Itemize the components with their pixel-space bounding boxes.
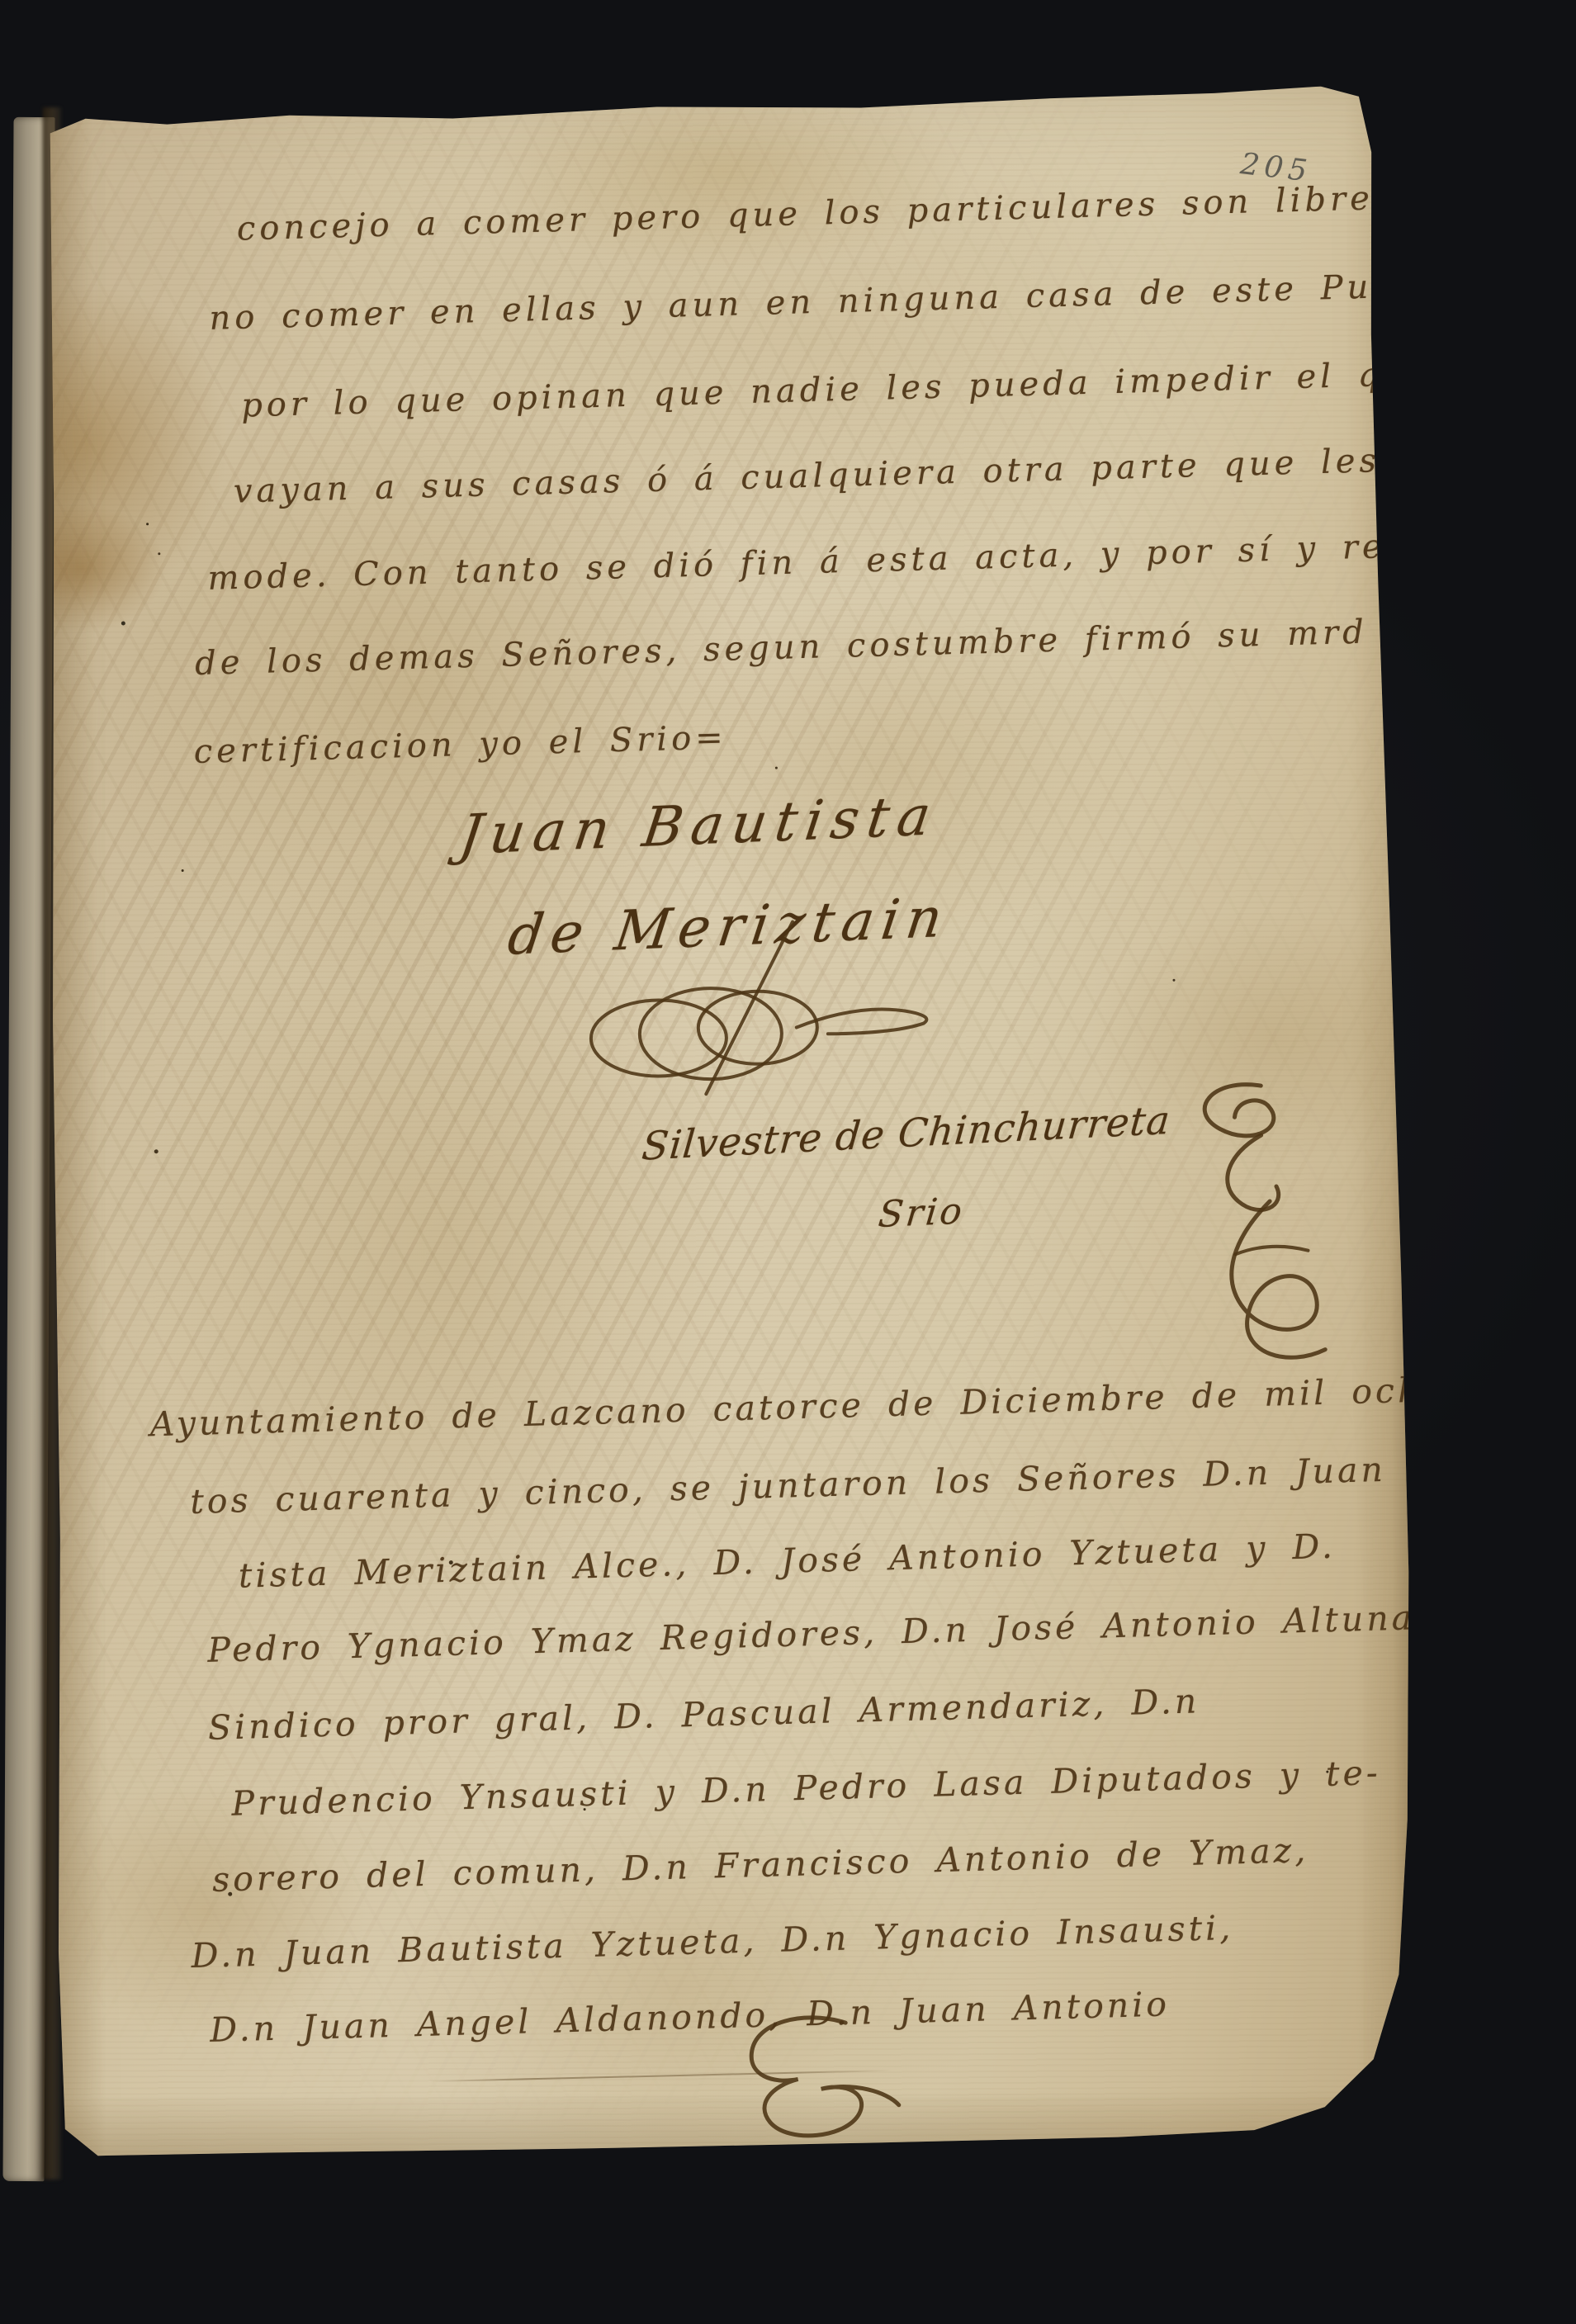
opening-line: Pedro Ygnacio Ymaz Regidores, D.n José A…	[207, 1597, 1416, 1670]
closing-paragraph: concejo a comer pero que los particulare…	[45, 86, 1405, 94]
opening-line: tista Meriztain Alce., D. José Antonio Y…	[238, 1526, 1336, 1596]
signature-name-line: Juan Bautista	[456, 783, 942, 867]
closing-line: de los demas Señores, segun costumbre fi…	[194, 608, 1555, 683]
opening-paragraph: Ayuntamiento de Lazcano catorce de Dicie…	[45, 86, 1405, 94]
closing-line: certificacion yo el Srio=	[193, 718, 727, 770]
bottom-flourish-icon	[722, 2012, 937, 2162]
closing-line: concejo a comer pero que los particulare…	[236, 177, 1481, 248]
closing-line: no comer en ellas y aun en ninguna casa …	[209, 265, 1475, 337]
signature-title: Srio	[877, 1190, 967, 1237]
scanned-manuscript-photo: 205 concejo a comer pero que los particu…	[0, 0, 1576, 2324]
closing-line: vayan a sus casas ó á cualquiera otra pa…	[233, 439, 1489, 511]
signature-rubric-flourish-icon	[580, 954, 944, 1113]
opening-line: Prudencio Ynsausti y D.n Pedro Lasa Dipu…	[231, 1753, 1381, 1824]
paper-specks	[146, 523, 149, 525]
manuscript-page: 205 concejo a comer pero que los particu…	[45, 86, 1417, 2158]
opening-line: Ayuntamiento de Lazcano catorce de Dicie…	[149, 1367, 1546, 1445]
opening-line: Sindico pror gral, D. Pascual Armendariz…	[207, 1681, 1200, 1747]
opening-line: tos cuarenta y cinco, se juntaron los Se…	[190, 1446, 1503, 1522]
opening-line: sorero del comun, D.n Francisco Antonio …	[211, 1830, 1309, 1900]
signature-silvestre-de-chinchurreta: Silvestre de Chinchurreta Srio	[45, 86, 1405, 94]
signature-rubric-flourish-icon	[1137, 1077, 1370, 1392]
signature-juan-bautista-de-meriztain: Juan Bautista de Meriztain	[45, 86, 1405, 94]
closing-line: por lo que opinan que nadie les pueda im…	[241, 355, 1433, 425]
opening-line: D.n Juan Bautista Yztueta, D.n Ygnacio I…	[191, 1908, 1234, 1976]
closing-line: mode. Con tanto se dió fin á esta acta, …	[207, 524, 1522, 598]
opening-line: D.n Juan Angel Aldanondo, D.n Juan Anton…	[210, 1984, 1171, 2049]
